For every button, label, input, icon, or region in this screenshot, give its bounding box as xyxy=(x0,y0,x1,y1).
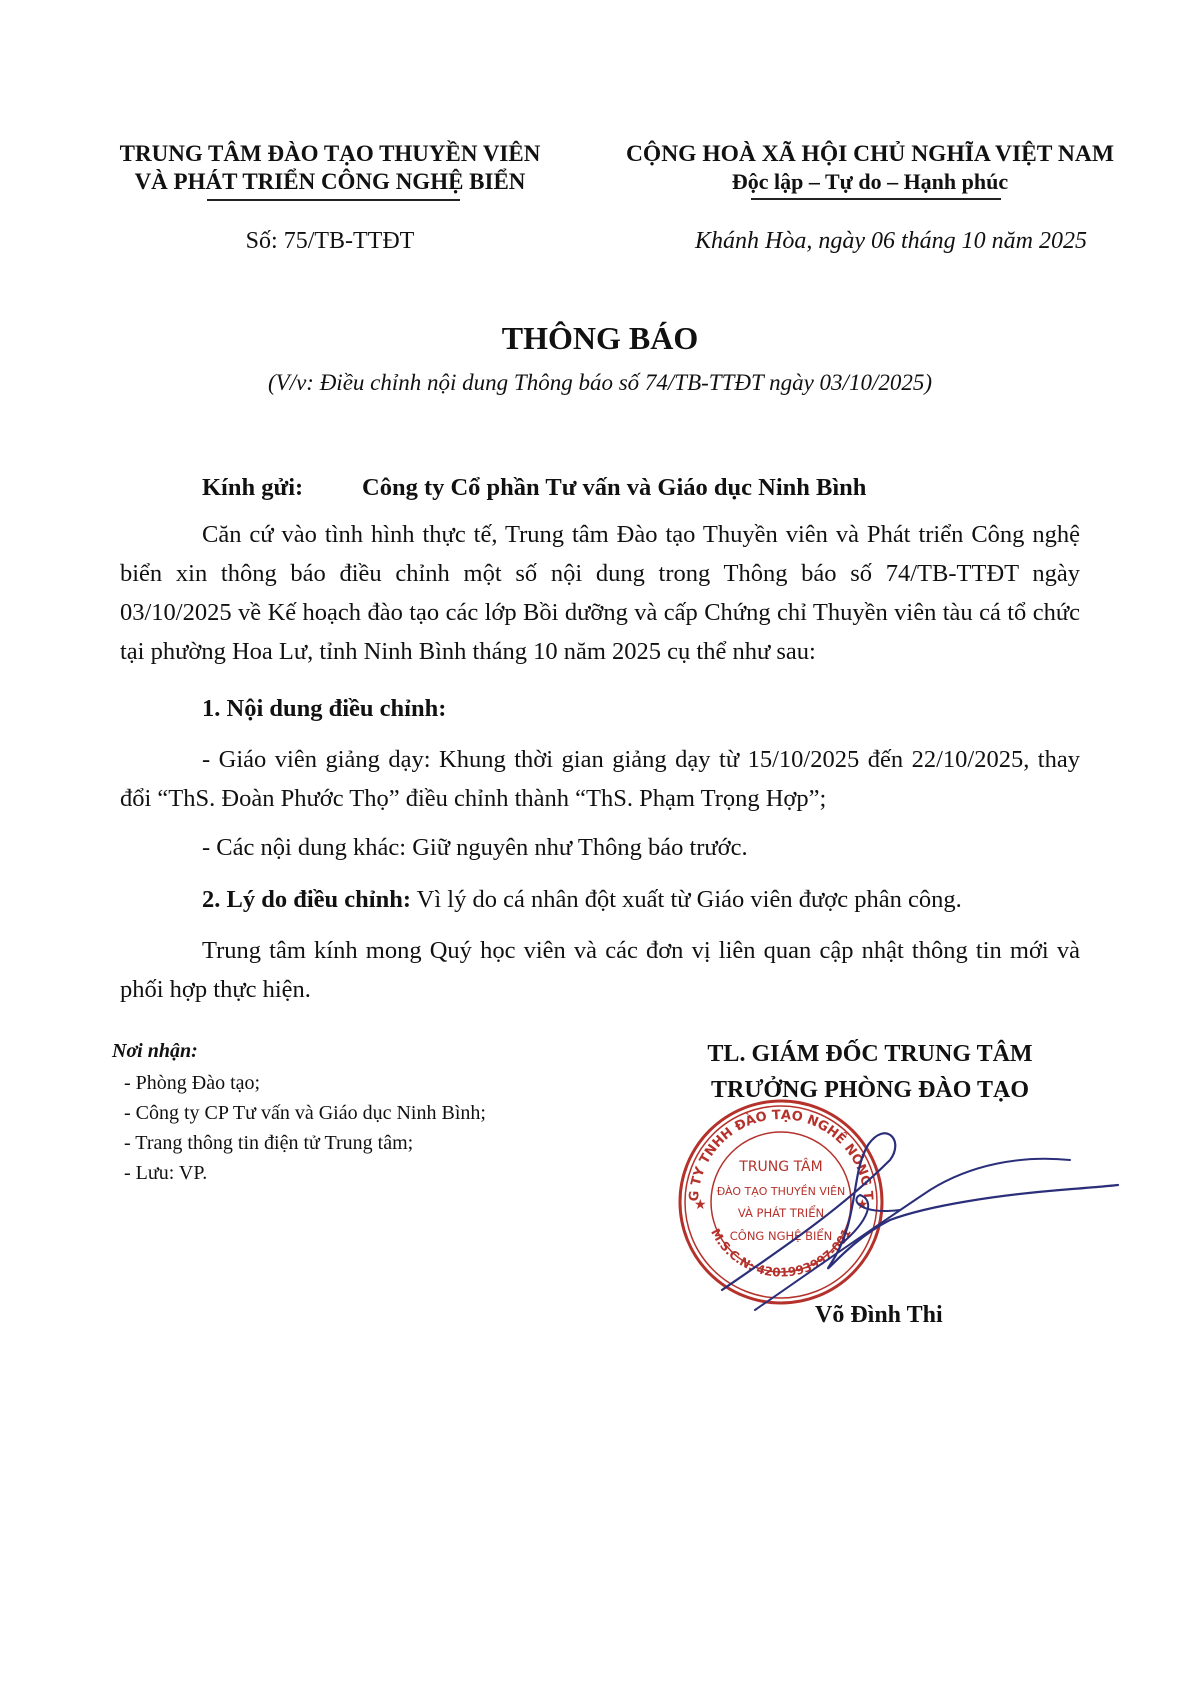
national-header: CỘNG HOÀ XÃ HỘI CHỦ NGHĨA VIỆT NAM Độc l… xyxy=(600,140,1140,196)
recipients-list-item: - Lưu: VP. xyxy=(124,1158,486,1188)
document-number: Số: 75/TB-TTĐT xyxy=(95,228,565,255)
document-subject: (V/v: Điều chỉnh nội dung Thông báo số 7… xyxy=(0,370,1200,396)
section-2: 2. Lý do điều chỉnh: Vì lý do cá nhân độ… xyxy=(120,880,1080,919)
section-1-item-1: - Giáo viên giảng dạy: Khung thời gian g… xyxy=(120,740,1080,818)
section-1-heading: 1. Nội dung điều chỉnh: xyxy=(120,689,1080,728)
national-motto: Độc lập – Tự do – Hạnh phúc xyxy=(600,168,1140,196)
issuing-organization: TRUNG TÂM ĐÀO TẠO THUYỀN VIÊN VÀ PHÁT TR… xyxy=(95,140,565,196)
org-line-2: VÀ PHÁT TRIỂN CÔNG NGHỆ BIỂN xyxy=(95,168,565,196)
country-name: CỘNG HOÀ XÃ HỘI CHỦ NGHĨA VIỆT NAM xyxy=(600,140,1140,168)
intro-paragraph: Căn cứ vào tình hình thực tế, Trung tâm … xyxy=(120,515,1080,671)
recipients-list-item: - Phòng Đào tạo; xyxy=(124,1068,486,1098)
section-2-heading: 2. Lý do điều chỉnh: xyxy=(202,886,411,913)
signatory-title-line-1: TL. GIÁM ĐỐC TRUNG TÂM xyxy=(660,1036,1080,1072)
recipients-list-item: - Trang thông tin điện tử Trung tâm; xyxy=(124,1128,486,1158)
recipient-name: Công ty Cổ phần Tư vấn và Giáo dục Ninh … xyxy=(362,468,866,507)
closing-paragraph: Trung tâm kính mong Quý học viên và các … xyxy=(120,931,1080,1009)
handwritten-signature-icon xyxy=(700,1100,1120,1320)
org-underline xyxy=(207,199,460,201)
org-line-1: TRUNG TÂM ĐÀO TẠO THUYỀN VIÊN xyxy=(95,140,565,168)
document-title: THÔNG BÁO xyxy=(0,320,1200,357)
recipients-list-title: Nơi nhận: xyxy=(112,1040,198,1063)
section-2-text: Vì lý do cá nhân đột xuất từ Giáo viên đ… xyxy=(411,886,962,913)
section-1-item-2: - Các nội dung khác: Giữ nguyên như Thôn… xyxy=(120,828,1080,867)
recipients-list-item: - Công ty CP Tư vấn và Giáo dục Ninh Bìn… xyxy=(124,1098,486,1128)
place-date: Khánh Hòa, ngày 06 tháng 10 năm 2025 xyxy=(600,228,1140,255)
recipient-label: Kính gửi: xyxy=(202,468,303,507)
motto-underline xyxy=(751,198,1001,200)
recipients-list: - Phòng Đào tạo; - Công ty CP Tư vấn và … xyxy=(124,1068,486,1188)
signatory-name: Võ Đình Thi xyxy=(660,1302,1060,1329)
